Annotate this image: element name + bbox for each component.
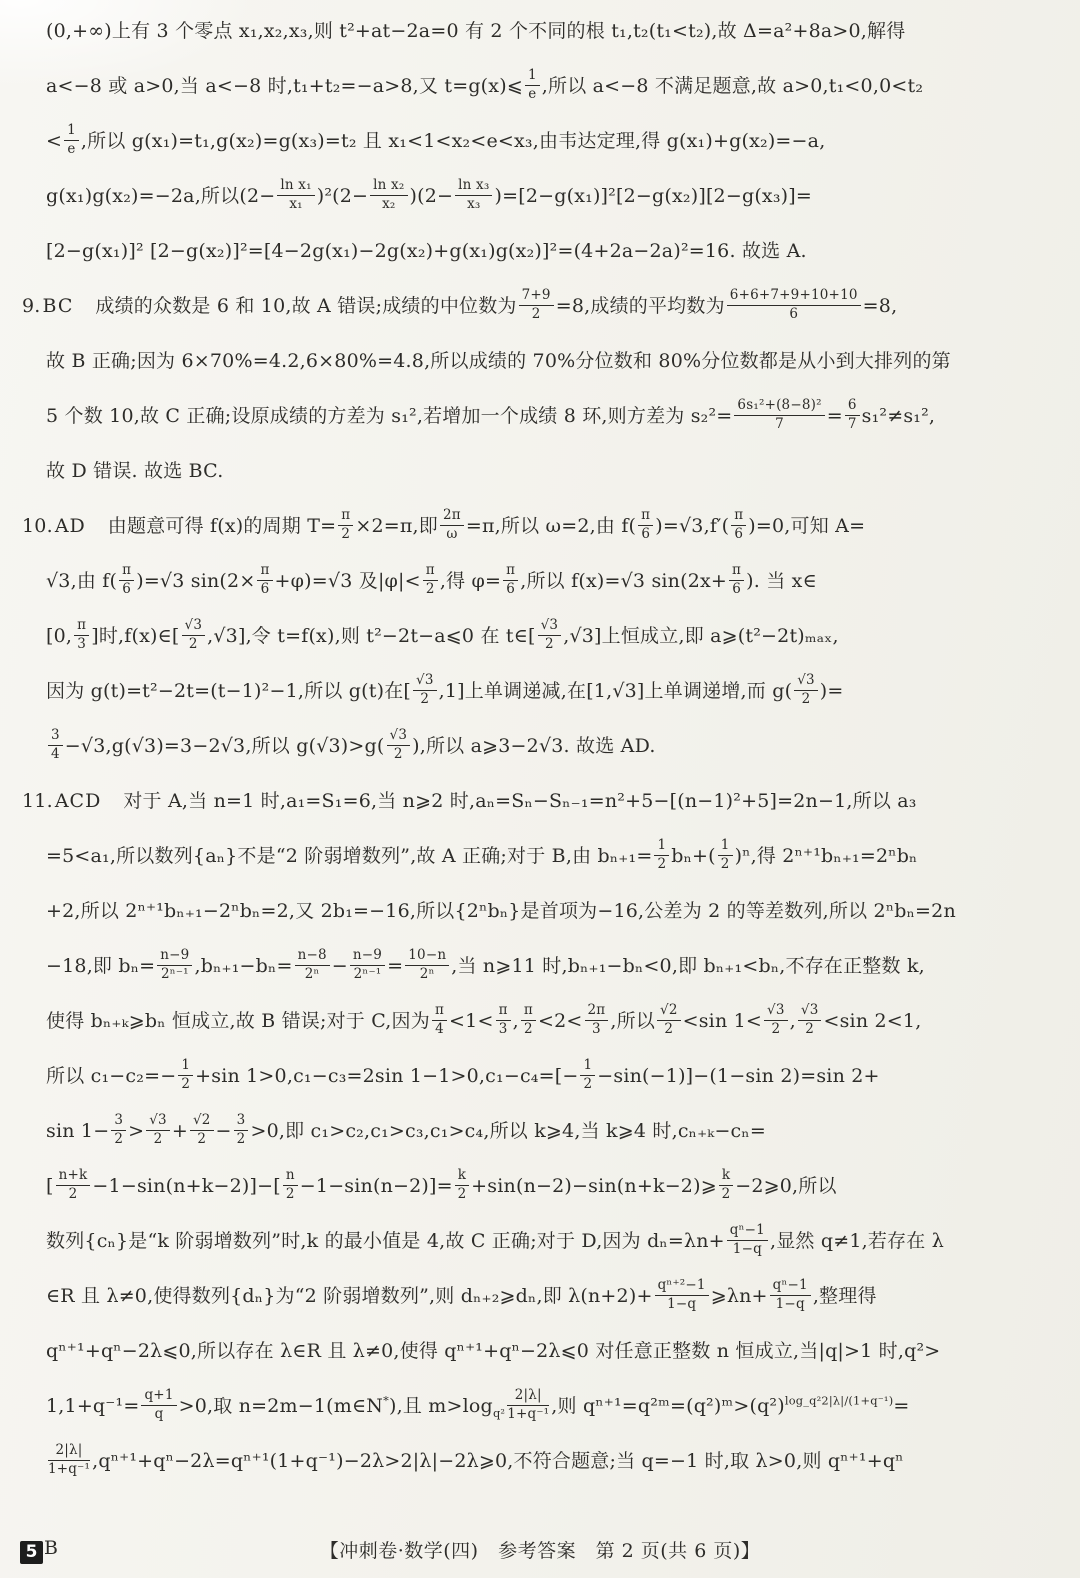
solution-line: √3,由 f(π6)=√3 sin(2×π6+φ)=√3 及|φ|<π2,得 φ… [0,554,1080,609]
solution-line: +2,所以 2ⁿ⁺¹bₙ₊₁−2ⁿbₙ=2,又 2b₁=−16,所以{2ⁿbₙ}… [0,884,1080,939]
solution-line: [n+k2−1−sin(n+k−2)]−[n2−1−sin(n−2)]=k2+s… [0,1159,1080,1214]
solution-line: 数列{cₙ}是“k 阶弱增数列”时,k 的最小值是 4,故 C 正确;对于 D,… [0,1214,1080,1269]
solution-line: sin 1−32>√32+√22−32>0,即 c₁>c₂,c₁>c₃,c₁>c… [0,1104,1080,1159]
solution-line: 5 个数 10,故 C 正确;设原成绩的方差为 s₁²,若增加一个成绩 8 环,… [0,389,1080,444]
solution-text: 成绩的众数是 6 和 10,故 A 错误;成绩的中位数为7+92=8,成绩的平均… [95,295,897,317]
solution-line: 因为 g(t)=t²−2t=(t−1)²−1,所以 g(t)在[√32,1]上单… [0,664,1080,719]
solution-line: (0,+∞)上有 3 个零点 x₁,x₂,x₃,则 t²+at−2a=0 有 2… [0,4,1080,59]
page-footer: 【冲刺卷·数学(四) 参考答案 第 2 页(共 6 页)】 5B [0,1536,1080,1566]
question-10: 10.AD由题意可得 f(x)的周期 T=π2×2=π,即2πω=π,所以 ω=… [0,499,1080,774]
question-answer: BC [43,295,74,317]
solution-text: 由题意可得 f(x)的周期 T=π2×2=π,即2πω=π,所以 ω=2,由 f… [108,515,865,537]
solution-line: 10.AD由题意可得 f(x)的周期 T=π2×2=π,即2πω=π,所以 ω=… [0,499,1080,554]
question-8-continuation: (0,+∞)上有 3 个零点 x₁,x₂,x₃,则 t²+at−2a=0 有 2… [0,4,1080,279]
solution-line: 使得 bₙ₊ₖ⩾bₙ 恒成立,故 B 错误;对于 C,因为π4<1<π3,π2<… [0,994,1080,1049]
page-code-badge: 5 [20,1541,43,1564]
solution-line: 1,1+q⁻¹=q+1q>0,取 n=2m−1(m∈N*),且 m>logq²2… [0,1379,1080,1434]
solution-line: 所以 c₁−c₂=−12+sin 1>0,c₁−c₃=2sin 1−1>0,c₁… [0,1049,1080,1104]
solution-line: 2|λ|1+q⁻¹,qⁿ⁺¹+qⁿ−2λ=qⁿ⁺¹(1+q⁻¹)−2λ>2|λ|… [0,1434,1080,1489]
question-answer: AD [55,515,86,537]
page-code-suffix: B [44,1537,58,1559]
solution-line: 故 B 正确;因为 6×70%=4.2,6×80%=4.8,所以成绩的 70%分… [0,334,1080,389]
question-answer: ACD [55,790,102,812]
solution-text: 对于 A,当 n=1 时,a₁=S₁=6,当 n⩾2 时,aₙ=Sₙ−Sₙ₋₁=… [123,790,916,812]
question-9: 9.BC成绩的众数是 6 和 10,故 A 错误;成绩的中位数为7+92=8,成… [0,279,1080,499]
solution-line: [0,π3]时,f(x)∈[√32,√3],令 t=f(x),则 t²−2t−a… [0,609,1080,664]
solution-line: 34−√3,g(√3)=3−2√3,所以 g(√3)>g(√32),所以 a⩾3… [0,719,1080,774]
solution-line: g(x₁)g(x₂)=−2a,所以(2−ln x₁x₁)²(2−ln x₂x₂)… [0,169,1080,224]
solution-line: =5<a₁,所以数列{aₙ}不是“2 阶弱增数列”,故 A 正确;对于 B,由 … [0,829,1080,884]
document-page: (0,+∞)上有 3 个零点 x₁,x₂,x₃,则 t²+at−2a=0 有 2… [0,0,1080,1578]
question-number: 9. [22,295,41,317]
question-11: 11.ACD对于 A,当 n=1 时,a₁=S₁=6,当 n⩾2 时,aₙ=Sₙ… [0,774,1080,1489]
solution-line: 故 D 错误. 故选 BC. [0,444,1080,499]
solution-line: −18,即 bₙ=n−92ⁿ⁻¹,bₙ₊₁−bₙ=n−82ⁿ−n−92ⁿ⁻¹=1… [0,939,1080,994]
answer-key-content: (0,+∞)上有 3 个零点 x₁,x₂,x₃,则 t²+at−2a=0 有 2… [0,4,1080,1489]
solution-line: <1e,所以 g(x₁)=t₁,g(x₂)=g(x₃)=t₂ 且 x₁<1<x₂… [0,114,1080,169]
question-number: 11. [22,790,53,812]
solution-line: 11.ACD对于 A,当 n=1 时,a₁=S₁=6,当 n⩾2 时,aₙ=Sₙ… [0,774,1080,829]
solution-line: 9.BC成绩的众数是 6 和 10,故 A 错误;成绩的中位数为7+92=8,成… [0,279,1080,334]
solution-line: a<−8 或 a>0,当 a<−8 时,t₁+t₂=−a>8,又 t=g(x)⩽… [0,59,1080,114]
solution-line: qⁿ⁺¹+qⁿ−2λ⩽0,所以存在 λ∈R 且 λ≠0,使得 qⁿ⁺¹+qⁿ−2… [0,1324,1080,1379]
footer-code: 5B [20,1537,58,1564]
solution-line: [2−g(x₁)]² [2−g(x₂)]²=[4−2g(x₁)−2g(x₂)+g… [0,224,1080,279]
solution-line: ∈R 且 λ≠0,使得数列{dₙ}为“2 阶弱增数列”,则 dₙ₊₂⩾dₙ,即 … [0,1269,1080,1324]
footer-title: 【冲刺卷·数学(四) 参考答案 第 2 页(共 6 页)】 [0,1536,1080,1563]
question-number: 10. [22,515,53,537]
